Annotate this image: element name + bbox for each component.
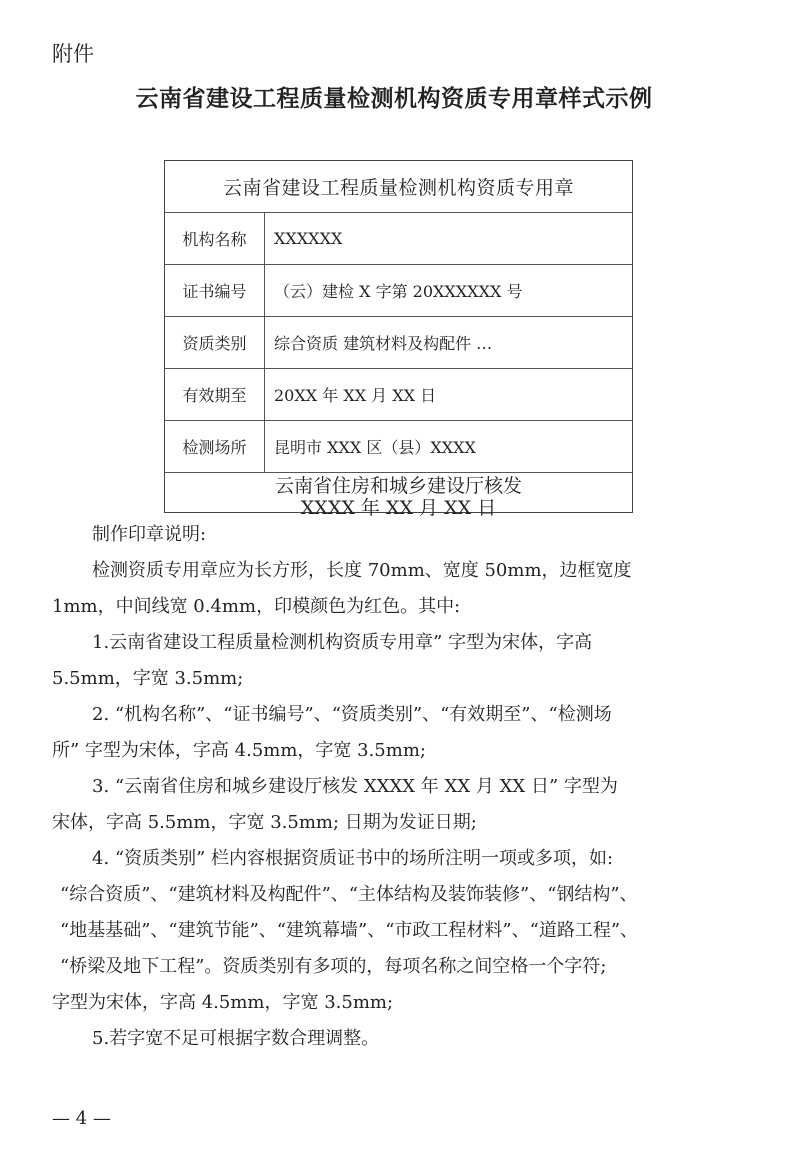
notes-line: “综合资质”、“建筑材料及构配件”、“主体结构及装饰装修”、“钢结构”、 [60,880,638,906]
notes-line: 1.云南省建设工程质量检测机构资质专用章” 字型为宋体，字高 [92,628,592,654]
page-number: — 4 — [52,1108,111,1129]
notes-line: 宋体，字高 5.5mm，字宽 3.5mm; 日期为发证日期; [52,808,477,834]
notes-line: “桥梁及地下工程”。资质类别有多项的，每项名称之间空格一个字符; [60,952,606,978]
seal-row: 机构名称 XXXXXX [165,213,632,265]
notes-heading: 制作印章说明: [92,520,206,546]
seal-row: 资质类别 综合资质 建筑材料及构配件 … [165,317,632,369]
seal-row-value: 综合资质 建筑材料及构配件 … [265,317,632,368]
seal-issuer: 云南省住房和城乡建设厅核发 [275,475,522,497]
seal-header: 云南省建设工程质量检测机构资质专用章 [165,161,632,213]
seal-row-label: 证书编号 [165,265,265,316]
attachment-label: 附件 [52,38,94,68]
notes-line: 1mm，中间线宽 0.4mm，印模颜色为红色。其中: [52,592,460,618]
seal-sample-table: 云南省建设工程质量检测机构资质专用章 机构名称 XXXXXX 证书编号 （云）建… [164,160,633,513]
seal-row-value: （云）建检 X 字第 20XXXXXX 号 [265,265,632,316]
seal-footer: 云南省住房和城乡建设厅核发 XXXX 年 XX 月 XX 日 [165,473,632,520]
page-title: 云南省建设工程质量检测机构资质专用章样式示例 [0,80,788,113]
notes-line: 5.5mm，字宽 3.5mm; [52,664,243,690]
seal-row: 有效期至 20XX 年 XX 月 XX 日 [165,369,632,421]
seal-row-label: 资质类别 [165,317,265,368]
seal-row-value: XXXXXX [265,213,632,264]
notes-line: “地基基础”、“建筑节能”、“建筑幕墙”、“市政工程材料”、“道路工程”、 [60,916,638,942]
seal-issue-date: XXXX 年 XX 月 XX 日 [301,497,496,519]
seal-row-value: 昆明市 XXX 区（县）XXXX [265,421,632,472]
notes-line: 字型为宋体，字高 4.5mm，字宽 3.5mm; [52,988,393,1014]
notes-line: 检测资质专用章应为长方形，长度 70mm、宽度 50mm，边框宽度 [92,556,632,582]
notes-line: 3. “云南省住房和城乡建设厅核发 XXXX 年 XX 月 XX 日” 字型为 [92,772,618,798]
notes-line: 4. “资质类别” 栏内容根据资质证书中的场所注明一项或多项，如: [92,844,613,870]
notes-line: 5.若字宽不足可根据字数合理调整。 [92,1024,379,1050]
notes-line: 2. “机构名称”、“证书编号”、“资质类别”、“有效期至”、“检测场 [92,700,612,726]
seal-row-label: 有效期至 [165,369,265,420]
seal-row-label: 机构名称 [165,213,265,264]
seal-row: 检测场所 昆明市 XXX 区（县）XXXX [165,421,632,473]
seal-row: 证书编号 （云）建检 X 字第 20XXXXXX 号 [165,265,632,317]
notes-line: 所” 字型为宋体，字高 4.5mm，字宽 3.5mm; [52,736,426,762]
seal-row-value: 20XX 年 XX 月 XX 日 [265,369,632,420]
seal-row-label: 检测场所 [165,421,265,472]
